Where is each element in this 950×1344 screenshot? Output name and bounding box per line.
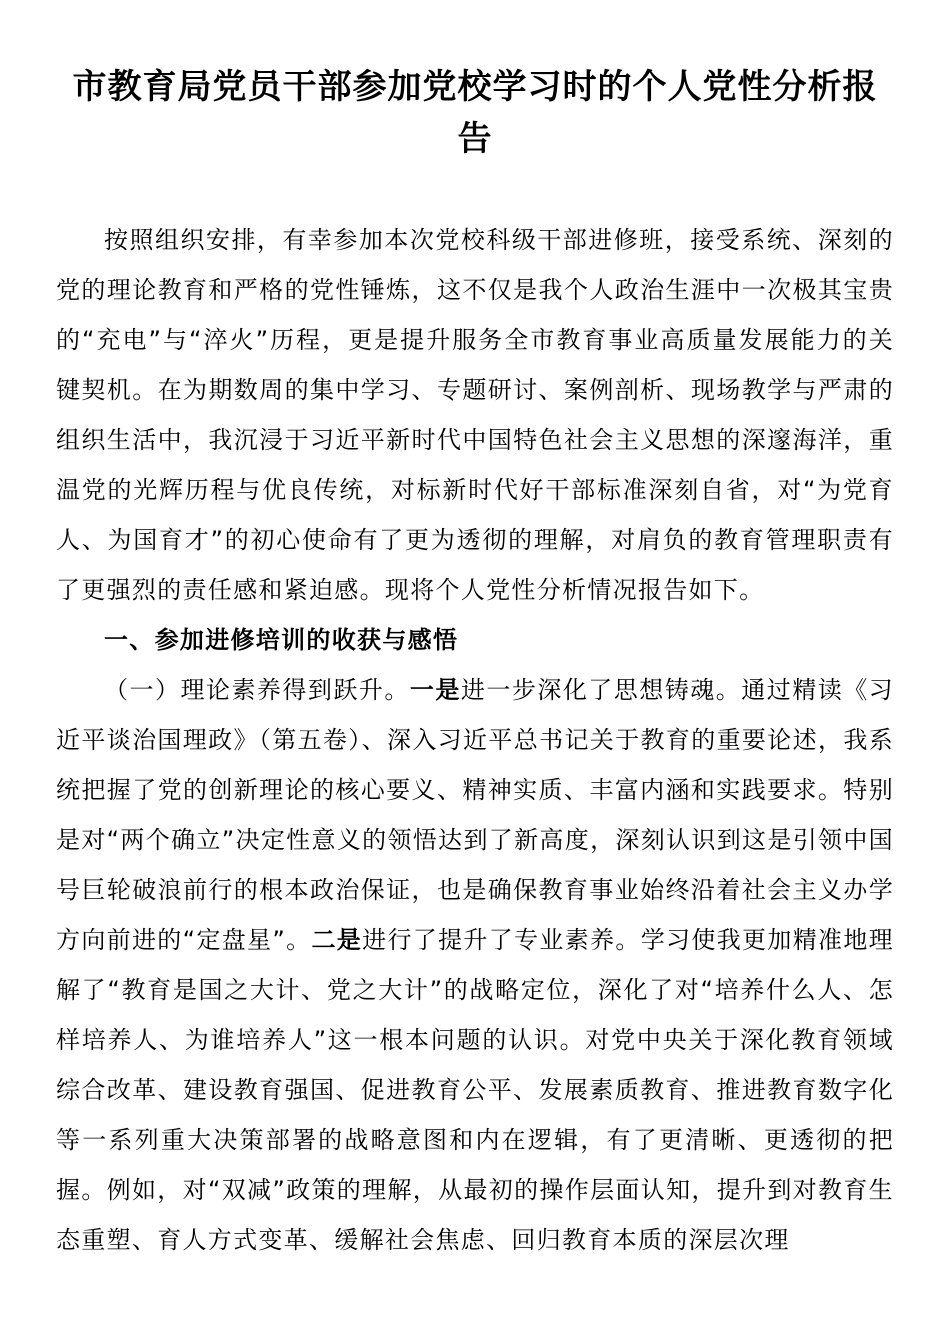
- document-body: 按照组织安排，有幸参加本次党校科级干部进修班，接受系统、深刻的党的理论教育和严格…: [0, 215, 950, 1265]
- text-run: 进一步深化了思想铸魂。通过精读《习近平谈治国理政》（第五卷）、深入习近平总书记关…: [56, 676, 894, 954]
- text-run-bold: 一、参加进修培训的收获与感悟: [104, 626, 458, 654]
- text-run: 进行了提升了专业素养。学习使我更加精准地理解了“教育是国之大计、党之大计”的战略…: [56, 926, 894, 1254]
- intro-paragraph: 按照组织安排，有幸参加本次党校科级干部进修班，接受系统、深刻的党的理论教育和严格…: [56, 215, 894, 615]
- subsection-paragraph-1: （一）理论素养得到跃升。一是进一步深化了思想铸魂。通过精读《习近平谈治国理政》（…: [56, 665, 894, 1265]
- document-title: 市教育局党员干部参加党校学习时的个人党性分析报告: [65, 61, 885, 165]
- text-run: 按照组织安排，有幸参加本次党校科级干部进修班，接受系统、深刻的党的理论教育和严格…: [56, 226, 894, 604]
- text-run: （一）理论素养得到跃升。: [104, 676, 410, 704]
- document-page: 市教育局党员干部参加党校学习时的个人党性分析报告 按照组织安排，有幸参加本次党校…: [0, 0, 950, 1344]
- text-run-bold: 二是: [311, 926, 362, 954]
- section-heading-1: 一、参加进修培训的收获与感悟: [56, 615, 894, 665]
- text-run-bold: 一是: [410, 676, 461, 704]
